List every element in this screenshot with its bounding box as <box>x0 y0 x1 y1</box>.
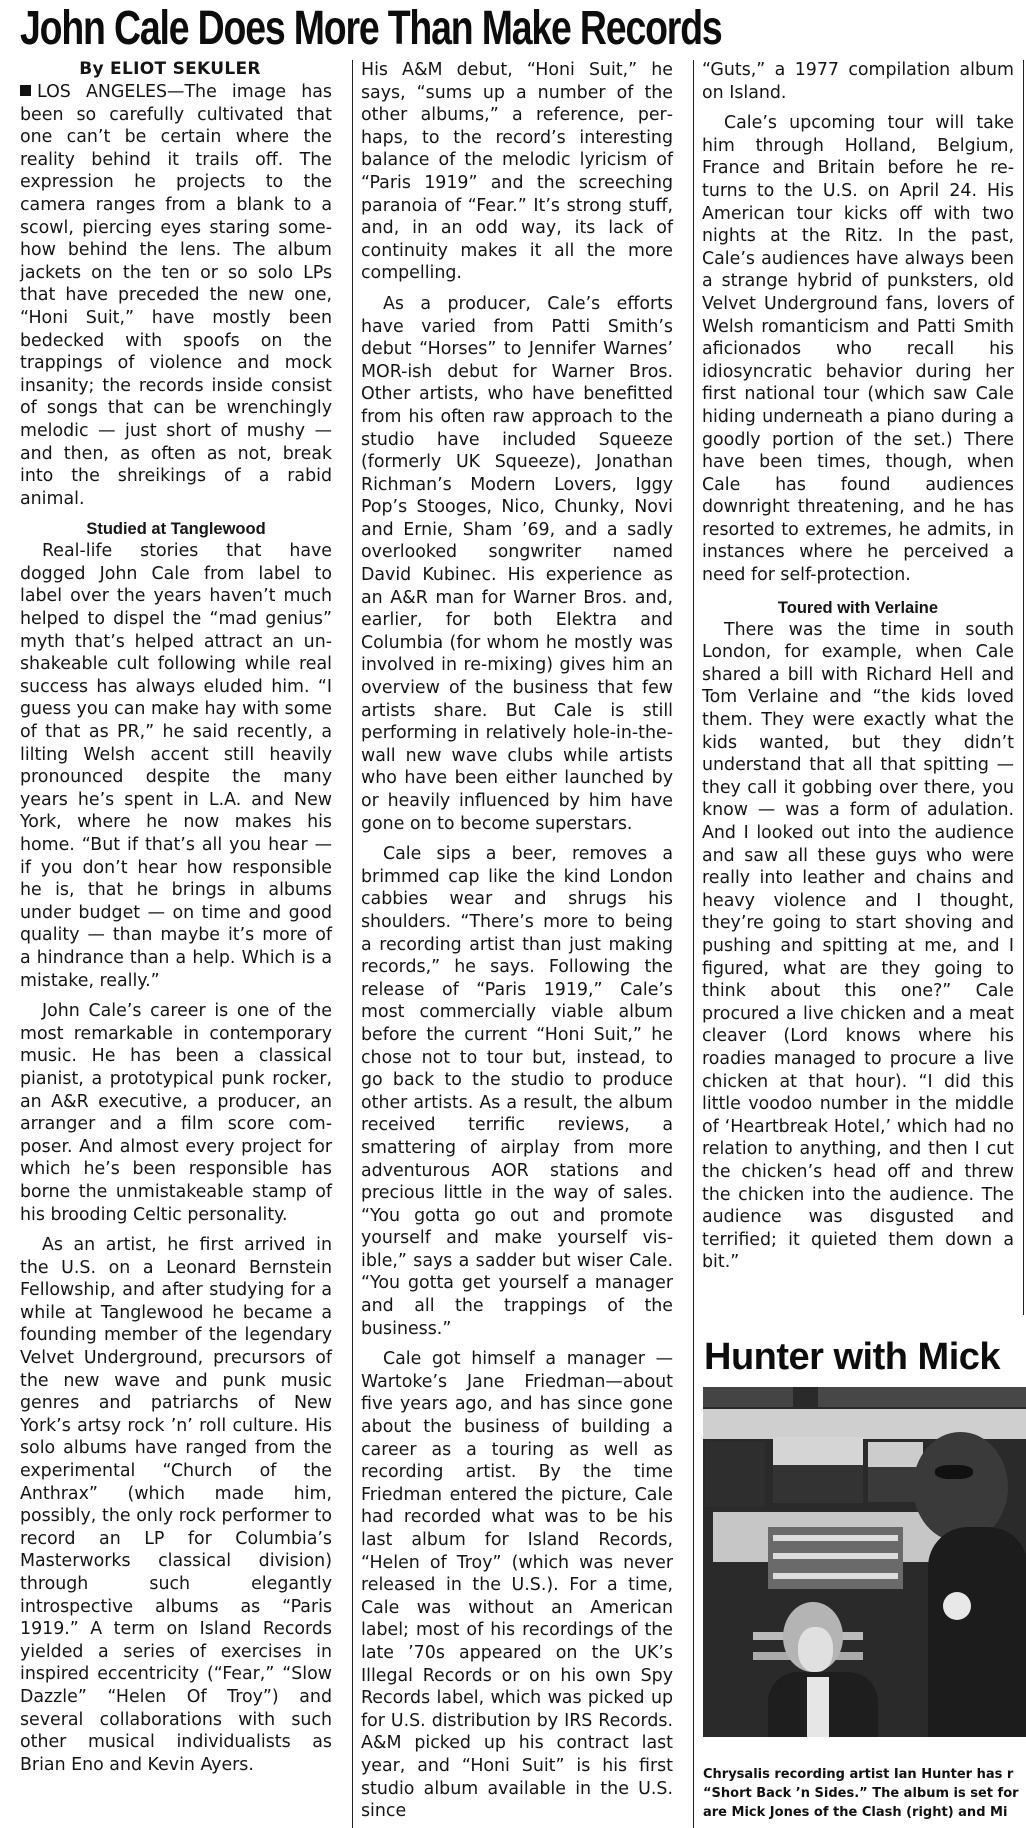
paragraph: His A&M debut, “Honi Suit,” he says, “su… <box>361 59 673 285</box>
headline: John Cale Does More Than Make Records <box>20 2 722 56</box>
article-column-2: His A&M debut, “Honi Suit,” he says, “su… <box>361 59 673 1823</box>
paragraph: Cale sips a beer, removes a brimmed cap … <box>361 843 673 1340</box>
lead-text: —The image has been so carefully cultiva… <box>20 82 332 509</box>
caption-line: are Mick Jones of the Clash (right) and … <box>703 1803 1026 1822</box>
sidebar-photo <box>703 1387 1026 1737</box>
sidebar-headline: Hunter with Mick <box>704 1335 1000 1379</box>
photo-caption: Chrysalis recording artist Ian Hunter ha… <box>703 1765 1026 1822</box>
dateline: LOS ANGELES <box>37 82 167 102</box>
paragraph: There was the time in south London, for … <box>702 619 1014 1274</box>
paragraph: Real-life stories that have dogged John … <box>20 540 332 992</box>
article-column-1: By ELIOT SEKULER LOS ANGELES—The image h… <box>20 58 332 1776</box>
column-rule <box>1023 60 1024 1315</box>
paragraph: As an artist, he first arrived in the U.… <box>20 1234 332 1776</box>
paragraph: “Guts,” a 1977 compilation al­bum on Isl… <box>702 59 1014 104</box>
bullet-square-icon <box>20 85 31 96</box>
column-rule <box>693 60 694 1828</box>
subhead-tanglewood: Studied at Tanglewood <box>20 518 332 540</box>
article-column-3: “Guts,” a 1977 compilation al­bum on Isl… <box>702 59 1014 1274</box>
paragraph: As a producer, Cale’s efforts have varie… <box>361 293 673 835</box>
lead-paragraph: LOS ANGELES—The image has been so carefu… <box>20 81 332 510</box>
paragraph: John Cale’s career is one of the most re… <box>20 1000 332 1226</box>
subhead-verlaine: Toured with Verlaine <box>702 597 1014 619</box>
column-rule <box>352 60 353 1828</box>
paragraph: Cale got himself a manager — Wartoke’s J… <box>361 1348 673 1822</box>
paragraph: Cale’s upcoming tour will take him throu… <box>702 112 1014 586</box>
caption-line: Chrysalis recording artist Ian Hunter ha… <box>703 1765 1026 1784</box>
byline: By ELIOT SEKULER <box>20 58 332 81</box>
caption-line: “Short Back ’n Sides.” The album is set … <box>703 1784 1026 1803</box>
